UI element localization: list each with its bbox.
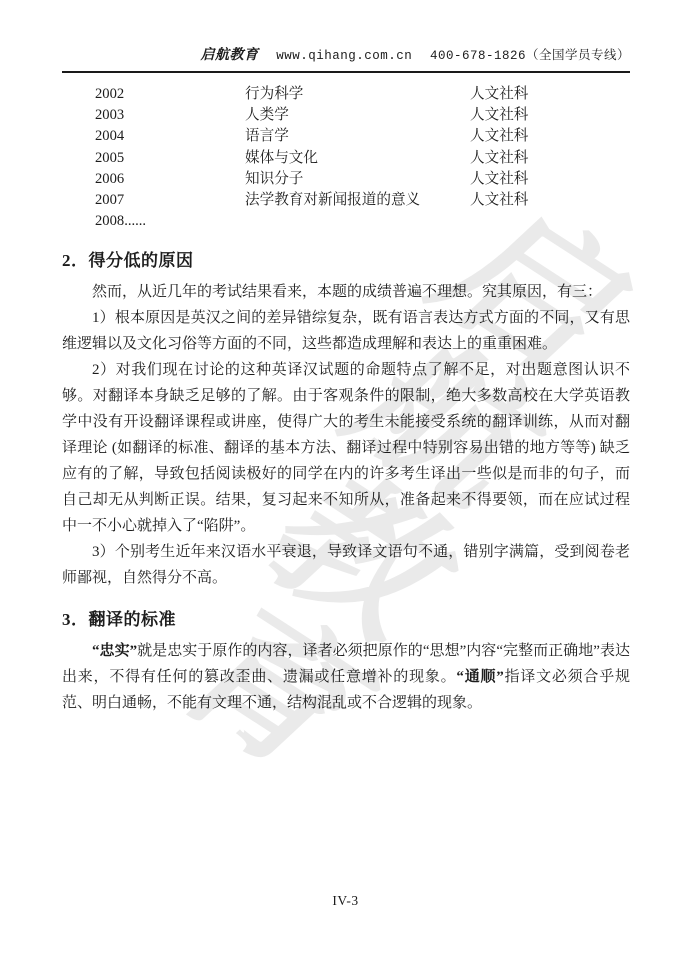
page-header: 启航教育 www.qihang.com.cn 400-678-1826（全国学员… — [62, 44, 630, 71]
table-row: 2008...... — [62, 211, 630, 232]
year-cell: 2003 — [62, 105, 245, 126]
category-cell: 人文社科 — [470, 148, 630, 169]
category-cell: 人文社科 — [470, 84, 630, 105]
table-row: 2006 知识分子 人文社科 — [62, 169, 630, 190]
topic-cell: 媒体与文化 — [245, 148, 470, 169]
reason-3-paragraph: 3）个别考生近年来汉语水平衰退，导致译文语句不通，错别字满篇，受到阅卷老师鄙视，… — [62, 539, 630, 591]
page-content: 启航教育 www.qihang.com.cn 400-678-1826（全国学员… — [62, 44, 630, 716]
table-row: 2004 语言学 人文社科 — [62, 126, 630, 147]
header-rule — [62, 71, 630, 73]
year-cell: 2006 — [62, 169, 245, 190]
reason-2-paragraph: 2）对我们现在讨论的这种英译汉试题的命题特点了解不足，对出题意图认识不够。对翻译… — [62, 357, 630, 539]
page-number: IV-3 — [0, 893, 691, 909]
section-2-intro-paragraph: 然而，从近几年的考试结果看来，本题的成绩普遍不理想。究其原因，有三： — [62, 279, 630, 305]
topic-cell: 行为科学 — [245, 84, 470, 105]
table-row: 2003 人类学 人文社科 — [62, 105, 630, 126]
term-faithfulness: “忠实” — [92, 643, 137, 659]
category-cell: 人文社科 — [470, 105, 630, 126]
year-cell: 2002 — [62, 84, 245, 105]
section-2-heading: 2．得分低的原因 — [62, 246, 630, 271]
header-phone: 400-678-1826（全国学员专线） — [430, 49, 630, 63]
year-cell: 2007 — [62, 190, 245, 211]
term-smoothness: “通顺” — [456, 669, 503, 685]
year-cell: 2005 — [62, 148, 245, 169]
category-cell — [470, 211, 630, 232]
category-cell: 人文社科 — [470, 169, 630, 190]
brand-logo: 启航教育 — [200, 48, 258, 63]
topic-cell: 法学教育对新闻报道的意义 — [245, 190, 470, 211]
topic-cell: 语言学 — [245, 126, 470, 147]
topic-cell: 人类学 — [245, 105, 470, 126]
table-row: 2007 法学教育对新闻报道的意义 人文社科 — [62, 190, 630, 211]
document-page: 启航教育 启航教育 www.qihang.com.cn 400-678-1826… — [0, 0, 691, 978]
header-website: www.qihang.com.cn — [276, 49, 412, 63]
translation-standards-paragraph: “忠实”就是忠实于原作的内容，译者必须把原作的“思想”内容“完整而正确地”表达出… — [62, 638, 630, 716]
topic-cell: 知识分子 — [245, 169, 470, 190]
exam-topics-table: 2002 行为科学 人文社科 2003 人类学 人文社科 2004 语言学 人文… — [62, 84, 630, 232]
year-cell: 2008...... — [62, 211, 245, 232]
topic-cell — [245, 211, 470, 232]
table-row: 2005 媒体与文化 人文社科 — [62, 148, 630, 169]
category-cell: 人文社科 — [470, 190, 630, 211]
reason-1-paragraph: 1）根本原因是英汉之间的差异错综复杂，既有语言表达方式方面的不同，又有思维逻辑以… — [62, 305, 630, 357]
section-3-heading: 3．翻译的标准 — [62, 605, 630, 630]
table-row: 2002 行为科学 人文社科 — [62, 84, 630, 105]
year-cell: 2004 — [62, 126, 245, 147]
category-cell: 人文社科 — [470, 126, 630, 147]
